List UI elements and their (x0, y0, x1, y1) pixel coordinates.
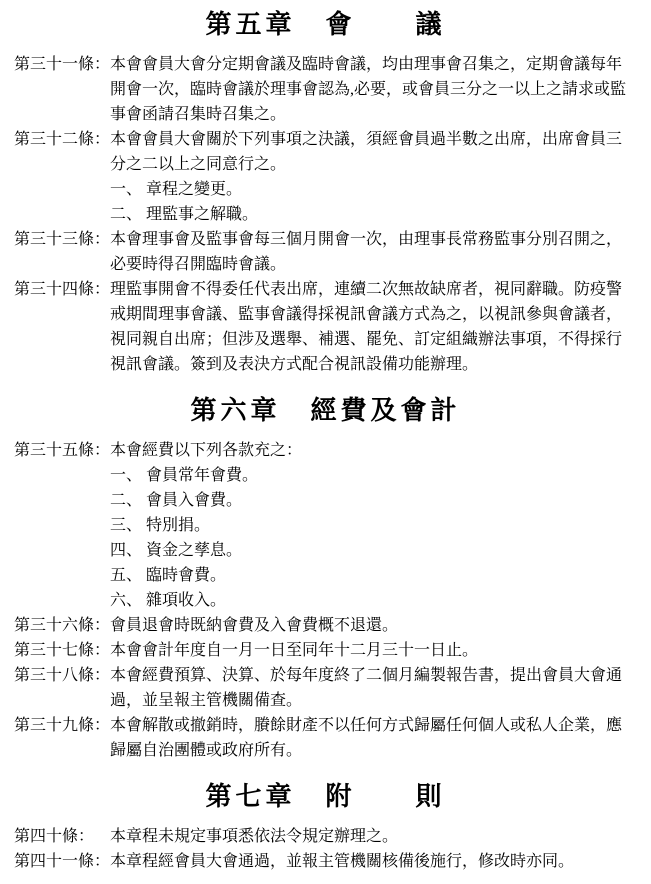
article-line: 歸屬自治團體或政府所有。 (110, 738, 651, 763)
article-line: 四、 資金之孳息。 (110, 538, 651, 563)
article-line: 開會一次，臨時會議於理事會認為,必要，或會員三分之一以上之請求或監 (110, 77, 651, 102)
article-label: 第三十三條： (14, 227, 110, 252)
article-body: 本會會計年度自一月一日至同年十二月三十一日止。 (110, 638, 651, 663)
article-line: 戒期間理事會議、監事會議得採視訊會議方式為之，以視訊參與會議者， (110, 302, 651, 327)
article-line: 一、 章程之變更。 (110, 177, 651, 202)
article: 第三十六條：會員退會時既納會費及入會費概不退還。 (0, 613, 651, 638)
article-label: 第三十四條： (14, 277, 110, 302)
article: 第三十一條：本會會員大會分定期會議及臨時會議，均由理事會召集之，定期會議每年開會… (0, 52, 651, 127)
article: 第三十三條：本會理事會及監事會每三個月開會一次，由理事長常務監事分別召開之，必要… (0, 227, 651, 277)
article-label: 第三十七條： (14, 638, 110, 663)
article-line: 視訊會議。簽到及表決方式配合視訊設備功能辦理。 (110, 352, 651, 377)
article-body: 會員退會時既納會費及入會費概不退還。 (110, 613, 651, 638)
chapter-title: 第五章 會 議 (0, 8, 651, 42)
article-label: 第三十八條： (14, 663, 110, 688)
article-line: 必要時得召開臨時會議。 (110, 252, 651, 277)
article-label: 第三十六條： (14, 613, 110, 638)
article-label: 第四十條： (14, 824, 110, 849)
article-line: 事會函請召集時召集之。 (110, 102, 651, 127)
article-line: 二、 會員入會費。 (110, 488, 651, 513)
article-body: 本會理事會及監事會每三個月開會一次，由理事長常務監事分別召開之，必要時得召開臨時… (110, 227, 651, 277)
article-line: 二、 理監事之解職。 (110, 202, 651, 227)
article-line: 本會會員大會分定期會議及臨時會議，均由理事會召集之，定期會議每年 (110, 52, 651, 77)
article-line: 視同親自出席；但涉及選舉、補選、罷免、訂定組織辦法事項，不得採行 (110, 327, 651, 352)
article-body: 本會會員大會關於下列事項之決議，須經會員過半數之出席，出席會員三分之二以上之同意… (110, 127, 651, 227)
article-body: 本會解散或撤銷時，賸餘財產不以任何方式歸屬任何個人或私人企業，應歸屬自治團體或政… (110, 713, 651, 763)
article-body: 本會會員大會分定期會議及臨時會議，均由理事會召集之，定期會議每年開會一次，臨時會… (110, 52, 651, 127)
chapter-title: 第七章 附 則 (0, 780, 651, 814)
article: 第三十七條：本會會計年度自一月一日至同年十二月三十一日止。 (0, 638, 651, 663)
article-line: 本會會計年度自一月一日至同年十二月三十一日止。 (110, 638, 651, 663)
article-body: 本會經費預算、決算、於每年度終了二個月編製報告書，提出會員大會通過，並呈報主管機… (110, 663, 651, 713)
document-page: 第五章 會 議第三十一條：本會會員大會分定期會議及臨時會議，均由理事會召集之，定… (0, 0, 651, 884)
article: 第三十九條：本會解散或撤銷時，賸餘財產不以任何方式歸屬任何個人或私人企業，應歸屬… (0, 713, 651, 763)
article-line: 過，並呈報主管機關備查。 (110, 688, 651, 713)
article-line: 本會經費預算、決算、於每年度終了二個月編製報告書，提出會員大會通 (110, 663, 651, 688)
article: 第三十二條：本會會員大會關於下列事項之決議，須經會員過半數之出席，出席會員三分之… (0, 127, 651, 227)
article-label: 第三十五條： (14, 438, 110, 463)
article: 第三十五條：本會經費以下列各款充之：一、 會員常年會費。二、 會員入會費。三、 … (0, 438, 651, 613)
article-line: 分之二以上之同意行之。 (110, 152, 651, 177)
article-line: 三、 特別捐。 (110, 513, 651, 538)
article-body: 本會經費以下列各款充之：一、 會員常年會費。二、 會員入會費。三、 特別捐。四、… (110, 438, 651, 613)
article-label: 第三十九條： (14, 713, 110, 738)
article-line: 本會會員大會關於下列事項之決議，須經會員過半數之出席，出席會員三 (110, 127, 651, 152)
article: 第四十一條：本章程經會員大會通過，並報主管機關核備後施行，修改時亦同。 (0, 849, 651, 874)
article-body: 理監事開會不得委任代表出席，連續二次無故缺席者，視同辭職。防疫警戒期間理事會議、… (110, 277, 651, 377)
chapter-title: 第六章 經費及會計 (0, 394, 651, 428)
article-line: 本會理事會及監事會每三個月開會一次，由理事長常務監事分別召開之， (110, 227, 651, 252)
article: 第三十八條：本會經費預算、決算、於每年度終了二個月編製報告書，提出會員大會通過，… (0, 663, 651, 713)
article-line: 本會經費以下列各款充之： (110, 438, 651, 463)
article-line: 會員退會時既納會費及入會費概不退還。 (110, 613, 651, 638)
document-body: 第五章 會 議第三十一條：本會會員大會分定期會議及臨時會議，均由理事會召集之，定… (0, 8, 651, 874)
article-line: 六、 雜項收入。 (110, 588, 651, 613)
article-label: 第三十二條： (14, 127, 110, 152)
article-label: 第三十一條： (14, 52, 110, 77)
article-line: 本會解散或撤銷時，賸餘財產不以任何方式歸屬任何個人或私人企業，應 (110, 713, 651, 738)
article-body: 本章程經會員大會通過，並報主管機關核備後施行，修改時亦同。 (110, 849, 651, 874)
article-line: 五、 臨時會費。 (110, 563, 651, 588)
article-line: 理監事開會不得委任代表出席，連續二次無故缺席者，視同辭職。防疫警 (110, 277, 651, 302)
article-label: 第四十一條： (14, 849, 110, 874)
article-line: 本章程未規定事項悉依法令規定辦理之。 (110, 824, 651, 849)
article-line: 一、 會員常年會費。 (110, 463, 651, 488)
article-body: 本章程未規定事項悉依法令規定辦理之。 (110, 824, 651, 849)
article: 第三十四條：理監事開會不得委任代表出席，連續二次無故缺席者，視同辭職。防疫警戒期… (0, 277, 651, 377)
article-line: 本章程經會員大會通過，並報主管機關核備後施行，修改時亦同。 (110, 849, 651, 874)
article: 第四十條： 本章程未規定事項悉依法令規定辦理之。 (0, 824, 651, 849)
